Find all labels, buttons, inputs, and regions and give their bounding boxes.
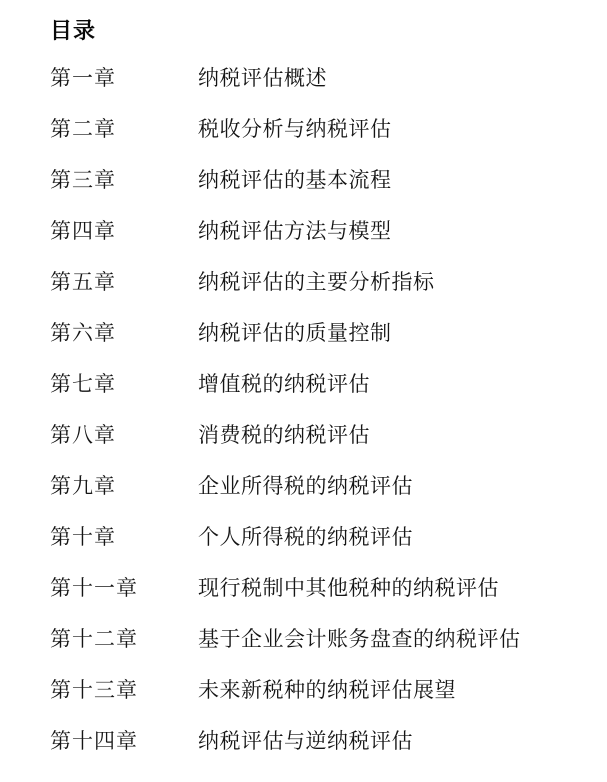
chapter-title-label: 纳税评估的基本流程	[198, 166, 587, 195]
chapter-title-label: 增值税的纳税评估	[198, 370, 587, 399]
chapter-title-label: 纳税评估的质量控制	[198, 319, 587, 348]
toc-entry: 第九章 企业所得税的纳税评估	[50, 472, 587, 501]
chapter-number-label: 第一章	[50, 64, 198, 93]
toc-entry: 第一章 纳税评估概述	[50, 64, 587, 93]
chapter-title-label: 消费税的纳税评估	[198, 421, 587, 450]
chapter-title-label: 纳税评估的主要分析指标	[198, 268, 587, 297]
chapter-title-label: 纳税评估概述	[198, 64, 587, 93]
chapter-number-label: 第十二章	[50, 625, 198, 654]
chapter-number-label: 第七章	[50, 370, 198, 399]
chapter-number-label: 第六章	[50, 319, 198, 348]
toc-entry: 第十三章 未来新税种的纳税评估展望	[50, 676, 587, 705]
chapter-number-label: 第八章	[50, 421, 198, 450]
toc-entry: 第三章 纳税评估的基本流程	[50, 166, 587, 195]
chapter-title-label: 基于企业会计账务盘查的纳税评估	[198, 625, 587, 654]
toc-entry: 第八章 消费税的纳税评估	[50, 421, 587, 450]
chapter-number-label: 第十三章	[50, 676, 198, 705]
chapter-number-label: 第五章	[50, 268, 198, 297]
chapter-title-label: 企业所得税的纳税评估	[198, 472, 587, 501]
chapter-title-label: 纳税评估方法与模型	[198, 217, 587, 246]
chapter-title-label: 纳税评估与逆纳税评估	[198, 727, 587, 756]
toc-entry: 第十四章 纳税评估与逆纳税评估	[50, 727, 587, 756]
chapter-number-label: 第九章	[50, 472, 198, 501]
chapter-title-label: 个人所得税的纳税评估	[198, 523, 587, 552]
chapter-number-label: 第四章	[50, 217, 198, 246]
toc-entry: 第十二章 基于企业会计账务盘查的纳税评估	[50, 625, 587, 654]
toc-list: 第一章 纳税评估概述 第二章 税收分析与纳税评估 第三章 纳税评估的基本流程 第…	[50, 64, 587, 756]
chapter-number-label: 第十章	[50, 523, 198, 552]
toc-entry: 第十章 个人所得税的纳税评估	[50, 523, 587, 552]
toc-entry: 第四章 纳税评估方法与模型	[50, 217, 587, 246]
toc-page: 目录 第一章 纳税评估概述 第二章 税收分析与纳税评估 第三章 纳税评估的基本流…	[0, 0, 607, 782]
chapter-number-label: 第十一章	[50, 574, 198, 603]
chapter-title-label: 税收分析与纳税评估	[198, 115, 587, 144]
chapter-number-label: 第三章	[50, 166, 198, 195]
toc-entry: 第六章 纳税评估的质量控制	[50, 319, 587, 348]
chapter-title-label: 未来新税种的纳税评估展望	[198, 676, 587, 705]
chapter-number-label: 第十四章	[50, 727, 198, 756]
toc-entry: 第二章 税收分析与纳税评估	[50, 115, 587, 144]
chapter-title-label: 现行税制中其他税种的纳税评估	[198, 574, 587, 603]
toc-entry: 第七章 增值税的纳税评估	[50, 370, 587, 399]
chapter-number-label: 第二章	[50, 115, 198, 144]
toc-entry: 第五章 纳税评估的主要分析指标	[50, 268, 587, 297]
page-title: 目录	[50, 16, 587, 46]
toc-entry: 第十一章 现行税制中其他税种的纳税评估	[50, 574, 587, 603]
